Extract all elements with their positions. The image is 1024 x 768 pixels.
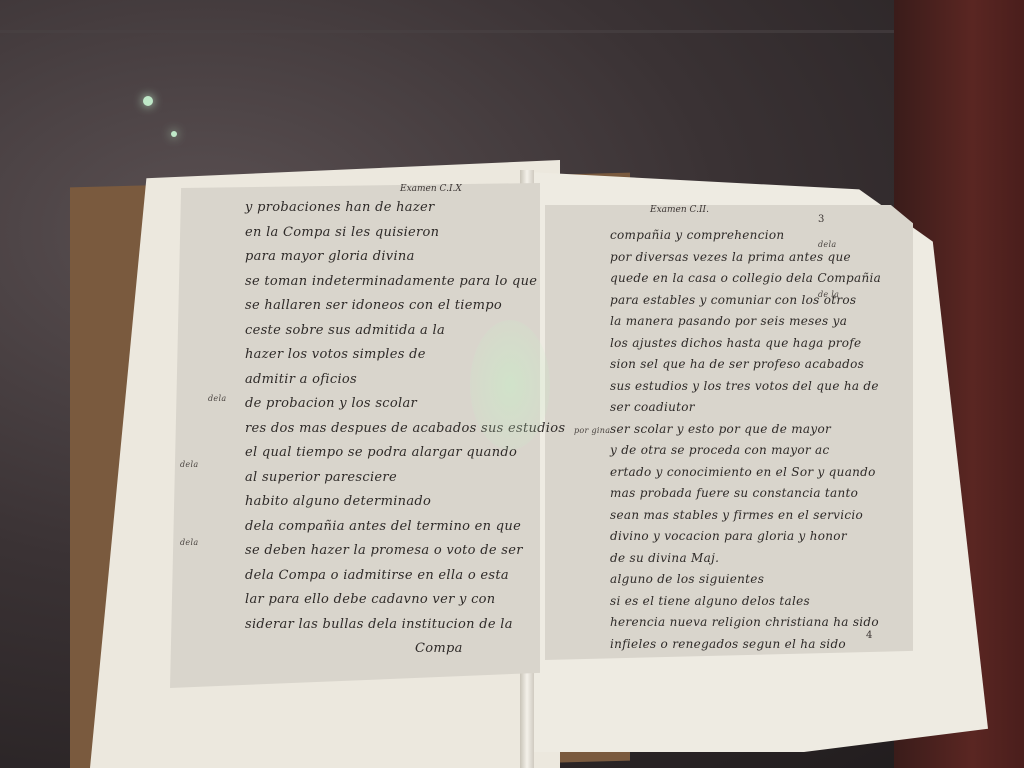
manuscript-line: de probacion y los scolar [245, 396, 417, 411]
manuscript-line: dela compañia antes del termino en que [245, 519, 521, 534]
manuscript-line: sus estudios y los tres votos del que ha… [610, 379, 879, 393]
manuscript-line: divino y vocacion para gloria y honor [610, 529, 847, 543]
manuscript-line: herencia nueva religion christiana ha si… [610, 615, 879, 629]
manuscript-line: mas probada fuere su constancia tanto [610, 486, 858, 500]
manuscript-line: Compa [415, 641, 463, 656]
manuscript-line: de su divina Maj. [610, 551, 719, 565]
manuscript-line: admitir a oficios [245, 372, 357, 387]
manuscript-line: sion sel que ha de ser profeso acabados [610, 357, 864, 371]
right-margin-note: por gina [574, 426, 610, 435]
right-page-number-top: 3 [818, 214, 824, 225]
manuscript-line: el qual tiempo se podra alargar quando [245, 445, 517, 460]
manuscript-line: lar para ello debe cadavno ver y con [245, 592, 495, 607]
left-margin-note: dela [180, 460, 198, 469]
manuscript-line: infieles o renegados segun el ha sido [610, 637, 846, 651]
manuscript-line: y probaciones han de hazer [245, 200, 435, 215]
light-glare [470, 320, 550, 450]
manuscript-line: alguno de los siguientes [610, 572, 764, 586]
manuscript-line: la manera pasando por seis meses ya [610, 314, 847, 328]
manuscript-line: al superior paresciere [245, 470, 397, 485]
reflection-light [171, 131, 177, 137]
manuscript-line: si es el tiene alguno delos tales [610, 594, 810, 608]
right-page-number-bottom: 4 [866, 630, 872, 641]
right-page-header: Examen C.II. [650, 205, 709, 215]
manuscript-line: los ajustes dichos hasta que haga profe [610, 336, 861, 350]
manuscript-line: para mayor gloria divina [245, 249, 415, 264]
left-page-header: Examen C.I.X [400, 184, 462, 194]
manuscript-line: ser coadiutor [610, 400, 695, 414]
manuscript-line: habito alguno determinado [245, 494, 431, 509]
manuscript-line: sean mas stables y firmes en el servicio [610, 508, 863, 522]
manuscript-line: ser scolar y esto por que de mayor [610, 422, 831, 436]
manuscript-line: se deben hazer la promesa o voto de ser [245, 543, 523, 558]
manuscript-line: por diversas vezes la prima antes que [610, 250, 851, 264]
manuscript-line: ertado y conocimiento en el Sor y quando [610, 465, 876, 479]
display-case-glass-edge [0, 30, 1024, 33]
left-margin-note: dela [208, 394, 226, 403]
manuscript-line: se toman indeterminadamente para lo que [245, 274, 537, 289]
right-margin-note: de la [818, 290, 839, 299]
manuscript-line: ceste sobre sus admitida a la [245, 323, 445, 338]
right-margin-note: dela [818, 240, 836, 249]
manuscript-line: hazer los votos simples de [245, 347, 426, 362]
manuscript-line: y de otra se proceda con mayor ac [610, 443, 829, 457]
manuscript-line: dela Compa o iadmitirse en ella o esta [245, 568, 509, 583]
manuscript-line: se hallaren ser idoneos con el tiempo [245, 298, 502, 313]
manuscript-line: siderar las bullas dela institucion de l… [245, 617, 513, 632]
manuscript-line: quede en la casa o collegio dela Compañi… [610, 271, 881, 285]
manuscript-line: en la Compa si les quisieron [245, 225, 439, 240]
left-margin-note: dela [180, 538, 198, 547]
reflection-light [143, 96, 153, 106]
manuscript-line: compañia y comprehencion [610, 228, 784, 242]
